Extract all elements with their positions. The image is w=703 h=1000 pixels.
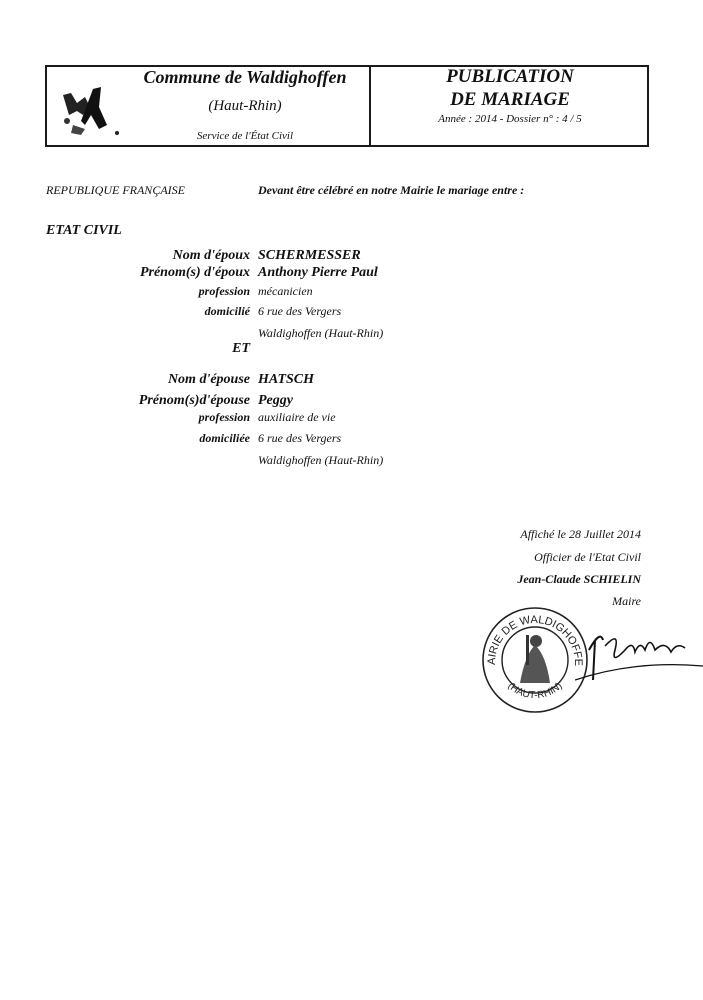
epouse-adresse1: 6 rue des Vergers xyxy=(258,431,341,446)
maire-name: Jean-Claude SCHIELIN xyxy=(517,572,641,587)
epoux-domicile-label: domicilié xyxy=(45,304,250,319)
document-title-line2: DE MARIAGE xyxy=(372,89,648,111)
section-title: ETAT CIVIL xyxy=(46,223,122,239)
epoux-prenom-label: Prénom(s) d'époux xyxy=(45,265,250,281)
epouse-domicile-label: domiciliée xyxy=(45,431,250,446)
epouse-nom-label: Nom d'épouse xyxy=(45,372,250,388)
svg-text:(HAUT-RHIN): (HAUT-RHIN) xyxy=(505,681,564,702)
epouse-nom: HATSCH xyxy=(258,372,314,388)
epoux-profession-label: profession xyxy=(45,284,250,299)
epouse-adresse2: Waldighoffen (Haut-Rhin) xyxy=(258,453,383,468)
commune-logo-icon xyxy=(55,85,125,140)
et-separator: ET xyxy=(45,341,250,357)
republique-label: REPUBLIQUE FRANÇAISE xyxy=(46,183,185,198)
epouse-profession-label: profession xyxy=(45,410,250,425)
epouse-profession: auxiliaire de vie xyxy=(258,410,336,425)
service-name: Service de l'État Civil xyxy=(120,130,370,142)
mairie-stamp-icon: MAIRIE DE WALDIGHOFFEN (HAUT-RHIN) xyxy=(480,605,590,715)
officier-title: Officier de l'Etat Civil xyxy=(534,550,641,565)
epoux-adresse1: 6 rue des Vergers xyxy=(258,304,341,319)
commune-region: (Haut-Rhin) xyxy=(120,98,370,115)
maire-signature-icon xyxy=(575,610,703,690)
document-title-line1: PUBLICATION xyxy=(372,66,648,88)
epoux-prenom: Anthony Pierre Paul xyxy=(258,265,378,281)
dossier-number: Année : 2014 - Dossier n° : 4 / 5 xyxy=(372,113,648,125)
commune-name: Commune de Waldighoffen xyxy=(120,67,370,88)
maire-title: Maire xyxy=(612,594,641,609)
intro-sentence: Devant être célébré en notre Mairie le m… xyxy=(258,183,524,198)
epouse-prenom-label: Prénom(s)d'épouse xyxy=(45,393,250,409)
epouse-prenom: Peggy xyxy=(258,393,293,409)
affichage-date: Affiché le 28 Juillet 2014 xyxy=(520,527,641,542)
epoux-nom: SCHERMESSER xyxy=(258,248,361,264)
epoux-profession: mécanicien xyxy=(258,284,313,299)
epoux-nom-label: Nom d'époux xyxy=(45,248,250,264)
epoux-adresse2: Waldighoffen (Haut-Rhin) xyxy=(258,326,383,341)
